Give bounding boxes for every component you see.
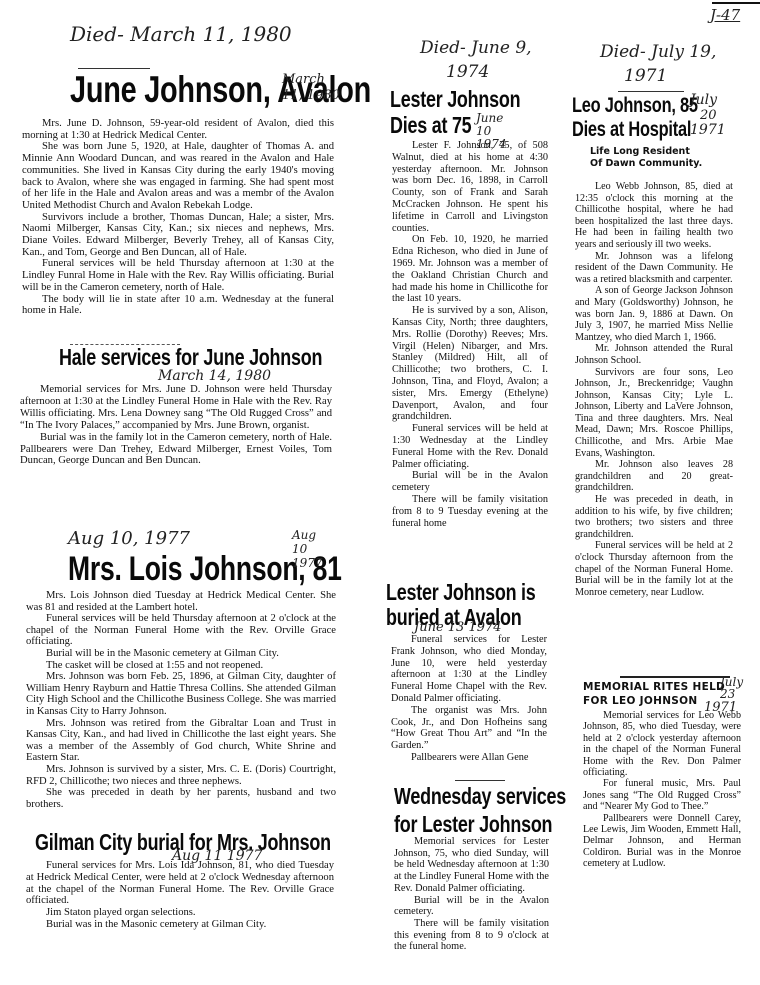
clipping-lois-obituary: Mrs. Lois Johnson, 81 <box>68 550 419 588</box>
paragraph: Memorial services for Lester Johnson, 75… <box>394 836 549 895</box>
handwritten-died-note: 1971 <box>624 66 667 86</box>
paragraph: He is survived by a son, Alison, Kansas … <box>392 305 548 423</box>
handwritten-died-note: Died- July 19, <box>600 42 716 62</box>
paragraph: He was preceded in death, in addition to… <box>575 494 733 540</box>
paragraph: She was born June 5, 1920, at Hale, daug… <box>22 141 334 211</box>
handwritten-date-note: July 23 <box>720 676 760 700</box>
paragraph: Survivors include a brother, Thomas Dunc… <box>22 212 334 259</box>
paragraph: Mrs. Lois Johnson died Tuesday at Hedric… <box>26 590 336 613</box>
paragraph: Memorial services for Mrs. June D. Johns… <box>20 384 332 432</box>
headline: Hale services for June Johnson <box>59 344 322 370</box>
handwritten-date-note: 1971 <box>690 122 726 138</box>
headline: Leo Johnson, 85 <box>572 94 698 118</box>
headline: Lester Johnson is <box>386 580 536 605</box>
paragraph: Funeral services for Mrs. Lois Ida Johns… <box>26 860 334 907</box>
paragraph: Lester F. Johnson, 75, of 508 Walnut, di… <box>392 140 548 234</box>
paragraph: Mrs. June D. Johnson, 59-year-old reside… <box>22 118 334 141</box>
handwritten-died-note: Died- June 9, <box>420 38 532 58</box>
divider <box>618 91 684 92</box>
handwritten-date-note: Aug 10 1977 <box>292 528 332 570</box>
headline: Dies at Hospital <box>572 118 698 142</box>
handwritten-date-note: June 13 1974 <box>414 620 502 635</box>
handwritten-date-note: July <box>690 92 717 108</box>
paragraph: Funeral services will be held at 2 o'clo… <box>575 540 733 598</box>
paragraph: Mrs. Johnson is survived by a sister, Mr… <box>26 764 336 787</box>
article-body: Leo Webb Johnson, 85, died at 12:35 o'cl… <box>575 181 733 598</box>
subheadline-line: Life Long Resident <box>590 146 702 158</box>
paragraph: Funeral services will be held Thursday a… <box>26 613 336 648</box>
paragraph: On Feb. 10, 1920, he married Edna Riches… <box>392 234 548 305</box>
paragraph: Mrs. Johnson was born Feb. 25, 1896, at … <box>26 671 336 717</box>
paragraph: Burial will be in the Masonic cemetery a… <box>26 648 336 660</box>
article-body: Memorial services for Leo Webb Johnson, … <box>583 710 741 870</box>
clipping-lester-services: Wednesday services for Lester Johnson <box>394 782 614 838</box>
subheadline: Life Long Resident Of Dawn Community. <box>590 146 702 170</box>
divider <box>455 780 505 781</box>
headline: for Lester Johnson <box>394 810 566 838</box>
paragraph: Jim Staton played organ selections. <box>26 907 334 919</box>
paragraph: Mr. Johnson also leaves 28 grandchildren… <box>575 459 733 494</box>
paragraph: Burial was in the family lot in the Came… <box>20 432 332 468</box>
article-body: Memorial services for Lester Johnson, 75… <box>394 836 549 953</box>
paragraph: Pallbearers were Allan Gene <box>391 752 547 764</box>
top-rule <box>712 2 760 4</box>
paragraph: The organist was Mrs. John Cook, Jr., an… <box>391 705 547 752</box>
paragraph: The body will lie in state after 10 a.m.… <box>22 294 334 317</box>
handwritten-died-note: Died- March 11, 1980 <box>70 22 292 46</box>
paragraph: Mr. Johnson was a lifelong resident of t… <box>575 251 733 286</box>
headline: MEMORIAL RITES HELD <box>583 680 725 694</box>
paragraph: Mr. Johnson attended the Rural Johnson S… <box>575 343 733 366</box>
paragraph: A son of George Jackson Johnson and Mary… <box>575 285 733 343</box>
divider <box>620 676 730 678</box>
paragraph: Funeral services for Lester Frank Johnso… <box>391 634 547 705</box>
paragraph: Leo Webb Johnson, 85, died at 12:35 o'cl… <box>575 181 733 251</box>
paragraph: For funeral music, Mrs. Paul Jones sang … <box>583 778 741 812</box>
paragraph: Burial will be in the Avalon cemetery. <box>394 895 549 918</box>
handwritten-date-note: March 11, 1980 <box>282 72 342 104</box>
paragraph: Pallbearers were Donnell Carey, Lee Lewi… <box>583 813 741 870</box>
paragraph: Funeral services will be held Thursday a… <box>22 258 334 293</box>
clipping-june-services: Hale services for June Johnson <box>59 344 396 370</box>
article-body: Memorial services for Mrs. June D. Johns… <box>20 384 332 467</box>
paragraph: There will be family visitation this eve… <box>394 918 549 953</box>
article-body: Funeral services for Lester Frank Johnso… <box>391 634 547 764</box>
handwritten-date-note: 20 <box>700 108 717 123</box>
article-body: Mrs. June D. Johnson, 59-year-old reside… <box>22 118 334 317</box>
handwritten-date-note: March 14, 1980 <box>158 368 271 384</box>
article-body: Funeral services for Mrs. Lois Ida Johns… <box>26 860 334 931</box>
handwritten-died-note: 1974 <box>446 62 489 82</box>
paragraph: Funeral services will be held at 1:30 We… <box>392 423 548 470</box>
headline: Lester Johnson <box>390 86 520 112</box>
paragraph: Burial will be in the Avalon cemetery <box>392 470 548 494</box>
paragraph: Mrs. Johnson was retired from the Gibral… <box>26 718 336 764</box>
article-body: Mrs. Lois Johnson died Tuesday at Hedric… <box>26 590 336 810</box>
paragraph: Survivors are four sons, Leo Johnson, Jr… <box>575 367 733 460</box>
paragraph: Burial was in the Masonic cemetery at Gi… <box>26 919 334 931</box>
page-mark: J-47 <box>710 6 740 24</box>
paragraph: There will be family visitation from 8 t… <box>392 494 548 529</box>
paragraph: The casket will be closed at 1:55 and no… <box>26 660 336 672</box>
subheadline-line: Of Dawn Community. <box>590 158 702 170</box>
paragraph: She was preceded in death by her parents… <box>26 787 336 810</box>
clipping-lester-obituary: Lester Johnson Dies at 75 <box>390 86 557 138</box>
headline: Wednesday services <box>394 782 566 810</box>
handwritten-died-note: Aug 10, 1977 <box>68 528 190 549</box>
paragraph: Memorial services for Leo Webb Johnson, … <box>583 710 741 778</box>
article-body: Lester F. Johnson, 75, of 508 Walnut, di… <box>392 140 548 529</box>
